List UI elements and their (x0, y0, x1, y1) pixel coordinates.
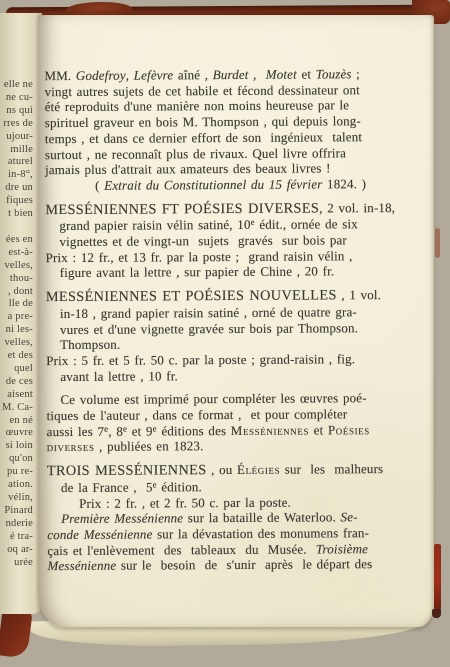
text-run: surtout , ne reconnaît plus de rivaux. Q… (45, 145, 346, 162)
text-run: in-18 , grand papier raisin satiné , orn… (60, 304, 357, 321)
facing-page-fragment: si loin (2, 440, 33, 453)
text-run: 1824. ) (322, 176, 366, 191)
text-run: Lefèvre (134, 67, 174, 82)
facing-page-sliver: elle nene cu-ns quirres deujour-milleatu… (0, 13, 42, 614)
text-run: temps , et dans ce dernier effort de son… (45, 129, 362, 146)
facing-page-fragment: t bien (2, 208, 33, 221)
facing-page-fragment: ns qui (2, 105, 33, 118)
facing-page-fragment: lle de (2, 298, 33, 311)
text-run: aussi les 7 (47, 424, 105, 439)
facing-page-fragment: nderie (2, 518, 33, 531)
text-run: été reproduits d'une manière non moins h… (45, 98, 350, 115)
text-run: sur la bataille de Waterloo. (183, 510, 340, 526)
text-run: , publiées en 1823. (95, 439, 204, 455)
text-run: , 2 vol. in-18, (319, 200, 395, 215)
text-run: Extrait du Constitutionnel du 15 février (104, 176, 322, 192)
photo-scene: elle nene cu-ns quirres deujour-milleatu… (0, 0, 450, 667)
text-run: et 9 (127, 423, 153, 438)
text-run: sur les malheurs (280, 461, 383, 477)
facing-page-text: elle nene cu-ns quirres deujour-milleatu… (2, 79, 33, 569)
text-run: grand papier raisin vélin satiné, 10 (59, 217, 250, 233)
facing-page-fragment: pu re- (2, 466, 33, 479)
text-run: éditions des (157, 423, 231, 438)
facing-page-fragment: Pinard (2, 505, 33, 518)
entry-trois-messeniennes: TROIS MESSÉNIENNES , ou Élégies sur les … (47, 461, 420, 574)
facing-page-fragment: urée (2, 557, 33, 570)
facing-page-fragment: , dont (2, 286, 33, 299)
text-run: tiques de l'auteur , dans ce format , et… (47, 406, 348, 423)
text-run: sur la dévastation des monumens fran- (152, 525, 369, 541)
text-line: Ce volume est imprimé pour compléter les… (46, 390, 418, 408)
text-line: Messénienne sur le besoin de s'unir aprè… (47, 556, 419, 574)
text-run: édition. (157, 479, 202, 494)
text-line: TROIS MESSÉNIENNES , ou Élégies sur les … (47, 461, 419, 480)
page-text: MM. Godefroy, Lefèvre aîné , Burdet , Mo… (44, 66, 419, 582)
text-run: , ou (206, 462, 237, 477)
text-run: aîné , (173, 67, 213, 82)
facing-page-fragment: qu'on (2, 453, 33, 466)
facing-page-fragment: é tra- (2, 531, 33, 544)
text-run: conde Messénienne (47, 526, 152, 542)
text-run: Prix : 12 fr., et 13 fr. par la poste ; … (46, 248, 353, 265)
text-run: Ce volume est imprimé pour compléter les… (60, 391, 366, 408)
facing-page-fragment: rres de (2, 118, 33, 131)
text-run: et (297, 66, 316, 81)
entry-messeniennes-et-poesies-nouvelles: MESSÉNIENNES ET POÉSIES NOUVELLES , 1 vo… (46, 287, 419, 384)
facing-page-fragment: en né (2, 415, 33, 428)
text-run: TROIS MESSÉNIENNES (47, 462, 207, 479)
text-run: vingt autres sujets de cet habile et féc… (45, 82, 360, 99)
text-line: diverses , publiées en 1823. (47, 437, 419, 455)
facing-page-fragment: ujour- (2, 131, 33, 144)
facing-page-fragment: fiques (2, 195, 33, 208)
text-run: et (309, 422, 328, 437)
facing-page-fragment: œuvre (2, 427, 33, 440)
text-run: Touzès (316, 66, 352, 81)
text-run: MESSÉNIENNES ET POÉSIES NOUVELLES (46, 288, 337, 306)
facing-page-fragment: ni les- (2, 324, 33, 337)
text-run: sur le besoin de s'unir après le départ … (116, 557, 372, 574)
facing-page-fragment: velles, (2, 260, 33, 273)
cover-leather-speck (435, 228, 440, 258)
facing-page-fragment: velles, (2, 337, 33, 350)
text-run: MESSÉNIENNES FT POÉSIES DIVERSES (45, 200, 319, 218)
text-run: figure avant la lettre , sur papier de C… (60, 264, 335, 281)
text-run: de la France , 5 (61, 479, 153, 495)
text-line: ( Extrait du Constitutionnel du 15 févri… (45, 176, 417, 194)
text-run: Première Messénienne (61, 511, 183, 527)
cover-fore-edge (434, 544, 441, 610)
text-run: MM. (44, 68, 76, 83)
text-run: , 8 (108, 423, 123, 438)
text-line: MESSÉNIENNES ET POÉSIES NOUVELLES , 1 vo… (46, 287, 418, 306)
text-line: aussi les 7e, 8e et 9e éditions des Mess… (47, 422, 419, 440)
facing-page-fragment: aisent (2, 389, 33, 402)
text-run: jamais plus d'attrait aux amateurs des b… (45, 161, 331, 178)
text-run: vignettes et de vingt-un sujets gravés s… (59, 232, 346, 249)
text-run: diverses (47, 439, 95, 454)
facing-page-fragment: mille (2, 144, 33, 157)
facing-page-fragment: aturel (2, 156, 33, 169)
text-run: ; (352, 66, 360, 81)
facing-page-fragment: oq ar- (2, 544, 33, 557)
text-line: avant la lettre , 10 fr. (46, 367, 418, 385)
intro-paragraph: MM. Godefroy, Lefèvre aîné , Burdet , Mo… (44, 66, 417, 194)
text-run: Prix : 5 fr. et 5 fr. 50 c. par la poste… (46, 351, 355, 368)
text-line: temps , et dans ce dernier effort de son… (45, 129, 417, 147)
text-run: Poésies (328, 422, 370, 437)
facing-page-fragment: de ces (2, 376, 33, 389)
facing-page-fragment: ne cu- (2, 92, 33, 105)
facing-page-fragment: ation. (2, 479, 33, 492)
text-run: Messénienne (47, 558, 116, 573)
text-run: Messéniennes (231, 422, 309, 437)
facing-page-fragment: et des (2, 350, 33, 363)
facing-page-fragment: est-à- (2, 247, 33, 260)
facing-page-fragment: in-8°, (2, 169, 33, 182)
text-run: çais et l'enlèvement des tableaux du Mus… (47, 541, 316, 558)
text-run: Burdet (213, 67, 249, 82)
text-run: avant la lettre , 10 fr. (60, 368, 178, 384)
text-run: édit., ornée de six (255, 217, 358, 233)
facing-page-fragment: ées en (2, 234, 33, 247)
text-run: Thompson. (60, 337, 120, 352)
facing-page-fragment: dre un (2, 182, 33, 195)
entry-messeniennes-et-poesies-diverses: MESSÉNIENNES FT POÉSIES DIVERSES, 2 vol.… (45, 199, 417, 281)
text-run: Élégies (237, 462, 280, 477)
text-run: ( (95, 178, 104, 193)
text-run: , 1 vol. (337, 287, 381, 302)
facing-page-gap (2, 221, 33, 234)
facing-page-fragment: M. Ca- (2, 402, 33, 415)
text-run: vures et d'une vignette gravée sur bois … (60, 320, 358, 337)
note-paragraph: Ce volume est imprimé pour compléter les… (46, 390, 418, 455)
book-page: MM. Godefroy, Lefèvre aîné , Burdet , Mo… (38, 15, 434, 627)
facing-page-fragment: thou- (2, 273, 33, 286)
text-run: Godefroy (76, 68, 126, 83)
text-run: Se- (340, 510, 357, 525)
facing-page-fragment: quel (2, 363, 33, 376)
text-run: Prix : 2 fr. , et 2 fr. 50 c. par la pos… (79, 494, 291, 510)
facing-page-fragment: elle ne (2, 79, 33, 92)
text-run: spirituel graveur en bois M. Thompson , … (45, 113, 361, 130)
text-line: MESSÉNIENNES FT POÉSIES DIVERSES, 2 vol.… (45, 199, 417, 218)
text-run: , (249, 67, 266, 82)
text-run: Motet (266, 67, 297, 82)
text-line: figure avant la lettre , sur papier de C… (46, 263, 418, 281)
facing-page-fragment: a pre- (2, 311, 33, 324)
text-run: Troisième (316, 541, 368, 556)
facing-page-fragment: vélin, (2, 492, 33, 505)
